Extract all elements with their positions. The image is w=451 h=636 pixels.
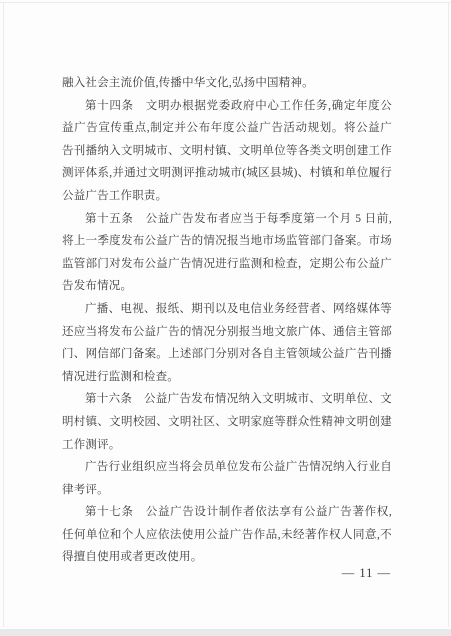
scan-edge-left [3,2,4,627]
paragraph-article-14: 第十四条 文明办根据党委政府中心工作任务,确定年度公益广告宣传重点,制定并公布年… [62,95,392,208]
scanned-document-page: 融入社会主流价值,传播中华文化,弘扬中国精神。 第十四条 文明办根据党委政府中心… [0,0,451,636]
paragraph-article-17: 第十七条 公益广告设计制作者依法享有公益广告著作权,任何单位和个人应依法使用公益… [62,501,392,569]
scan-edge-top [0,2,451,3]
paragraph-continuation: 融入社会主流价值,传播中华文化,弘扬中国精神。 [62,72,392,95]
paragraph-article-16-sub: 广告行业组织应当将会员单位发布公益广告情况纳入行业自律考评。 [62,456,392,501]
paragraph-article-15-sub: 广播、电视、报纸、期刊以及电信业务经营者、网络媒体等还应当将发布公益广告的情况分… [62,298,392,388]
page-number: — 11 — [342,566,391,581]
scan-edge-bottom [0,629,451,636]
scan-edge-right [448,2,449,627]
paragraph-article-15: 第十五条 公益广告发布者应当于每季度第一个月 5 日前,将上一季度发布公益广告的… [62,208,392,298]
document-body: 融入社会主流价值,传播中华文化,弘扬中国精神。 第十四条 文明办根据党委政府中心… [62,72,392,569]
paragraph-article-16: 第十六条 公益广告发布情况纳入文明城市、文明单位、文明村镇、文明校园、文明社区、… [62,388,392,456]
